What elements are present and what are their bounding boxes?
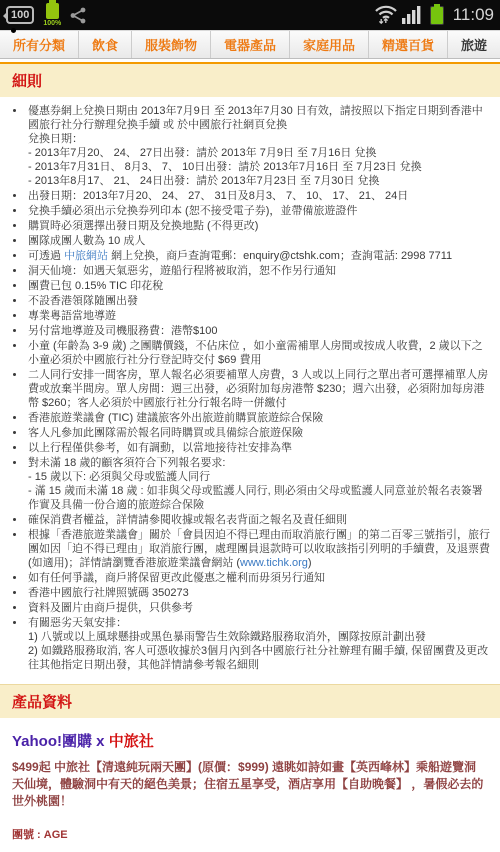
nav-tab-category[interactable]: 飲食: [79, 31, 132, 58]
term-item: 根據「香港旅遊業議會」關於「會員因迫不得已理由而取消旅行團」的第二百零三號指引，…: [26, 528, 490, 570]
touch-indicator-dot: [11, 28, 16, 33]
product-section-header: 產品資料: [0, 684, 500, 718]
wifi-icon: [375, 5, 397, 25]
terms-list: 優惠券網上兌換日期由 2013年7月9日 至 2013年7月30 日有效，請按照…: [26, 104, 490, 672]
terms-title: 細則: [12, 73, 42, 90]
term-item: 出發日期：2013年7月20、 24、 27、 31日及8月3、 7、 10、 …: [26, 189, 490, 203]
term-subline: - 2013年7月31日、 8月3、 7、 10日出發：請於 2013年7月16…: [28, 160, 490, 174]
nav-tab-category[interactable]: 所有分類: [0, 31, 79, 58]
term-subline: - 滿 15 歲而未滿 18 歲 : 如非與父母或監護人同行, 則必須由父母或監…: [28, 484, 490, 512]
tichk-site-link[interactable]: www.tichk.org: [240, 557, 308, 569]
term-item: 小童 (年齡為 3-9 歲) 之團購價錢，不佔床位 ，如小童需補單人房間或按成人…: [26, 339, 490, 367]
term-item: 客人凡參加此團隊需於報名同時購買或具備綜合旅遊保險: [26, 426, 490, 440]
product-title: 產品資料: [12, 694, 72, 711]
term-subline: - 2013年8月17、 21、 24日出發：請於 2013年7月23日 至 7…: [28, 174, 490, 188]
category-nav-bar[interactable]: 所有分類飲食服裝飾物電器產品家庭用品精選百貨旅遊: [0, 30, 500, 59]
term-item: 有關惡劣天氣安排：1) 八號或以上風球懸掛或黑色暴雨警告生效除鐵路服務取消外，團…: [26, 616, 490, 672]
deal-heading: Yahoo!團購 x 中旅社: [12, 730, 488, 751]
term-item: 兌換手續必須出示兌換券列印本 (恕不接受電子券)，並帶備旅遊證件: [26, 204, 490, 218]
term-item: 資料及圖片由商戶提供，只供參考: [26, 601, 490, 615]
signal-icon: [402, 6, 422, 24]
term-subline: 兌換日期：: [28, 132, 490, 146]
term-item: 以上行程僅供參考，如有調動，以當地接待社安排為準: [26, 441, 490, 455]
nav-tab-active[interactable]: 旅遊: [448, 31, 500, 58]
battery-icon: [430, 6, 444, 25]
term-item: 可透過 中旅網站 網上兌換，商戶查詢電郵：enquiry@ctshk.com；查…: [26, 249, 490, 263]
term-item: 如有任何爭議，商戶將保留更改此優惠之權利而毋須另行通知: [26, 571, 490, 585]
battery-icon: 100%: [43, 3, 61, 27]
term-subline: - 15 歲以下: 必須與父母或監護人同行: [28, 470, 490, 484]
term-item: 團費已包 0.15% TIC 印花稅: [26, 279, 490, 293]
ctshk-site-link[interactable]: 中旅網站: [64, 250, 108, 262]
status-bar: 100 100% 11:09: [0, 0, 500, 30]
term-item: 不設香港領隊隨團出發: [26, 294, 490, 308]
nav-tab-category[interactable]: 家庭用品: [290, 31, 369, 58]
term-item: 購買時必須選擇出發日期及兌換地點 (不得更改): [26, 219, 490, 233]
term-item: 另付當地導遊及司機服務費：港幣$100: [26, 324, 490, 338]
term-subline: - 2013年7月20、 24、 27日出發：請於 2013年 7月9日 至 7…: [28, 146, 490, 160]
term-subline: 1) 八號或以上風球懸掛或黑色暴雨警告生效除鐵路服務取消外，團隊按原計劃出發: [28, 630, 490, 644]
tour-code: 團號 : AGE: [12, 826, 488, 842]
nav-tab-category[interactable]: 電器產品: [211, 31, 290, 58]
term-item: 團隊成團人數為 10 成人: [26, 234, 490, 248]
term-item: 專業粵語當地導遊: [26, 309, 490, 323]
nav-tab-category[interactable]: 服裝飾物: [132, 31, 211, 58]
terms-section-header: 細則: [0, 62, 500, 97]
term-item: 二人同行安排一間客房，單人報名必須要補單人房費，3 人或以上同行之單出者可選擇補…: [26, 368, 490, 410]
term-subline: 2) 如鐵路服務取消, 客人可憑收據於3個月內到各中國旅行社分社辦理有關手續, …: [28, 644, 490, 672]
term-item: 洞天仙境：如遇天氣惡劣，遊船行程將被取消，恕不作另行通知: [26, 264, 490, 278]
term-item: 香港中國旅行社牌照號碼 350273: [26, 586, 490, 600]
battery-percent-label: 100%: [43, 20, 61, 27]
clock: 11:09: [453, 5, 494, 25]
deal-heading-brand: Yahoo!團購 x: [12, 733, 109, 750]
term-item: 對未滿 18 歲的顧客須符合下列報名要求:- 15 歲以下: 必須與父母或監護人…: [26, 456, 490, 512]
share-icon: [70, 7, 87, 24]
nav-tab-category[interactable]: 精選百貨: [369, 31, 448, 58]
term-item: 香港旅遊業議會 (TIC) 建議旅客外出旅遊前購買旅遊綜合保險: [26, 411, 490, 425]
term-item: 優惠券網上兌換日期由 2013年7月9日 至 2013年7月30 日有效，請按照…: [26, 104, 490, 188]
battery-badge-icon: 100: [6, 6, 34, 24]
product-info: Yahoo!團購 x 中旅社 $499起 中旅社【清遠純玩兩天團】(原價：$99…: [0, 718, 500, 852]
term-item: 確保消費者權益，詳情請參閱收據或報名表背面之報名及責任細則: [26, 513, 490, 527]
deal-description: $499起 中旅社【清遠純玩兩天團】(原價：$999) 遠眺如詩如畫【英西峰林】…: [12, 759, 488, 810]
deal-heading-merchant: 中旅社: [109, 733, 154, 750]
